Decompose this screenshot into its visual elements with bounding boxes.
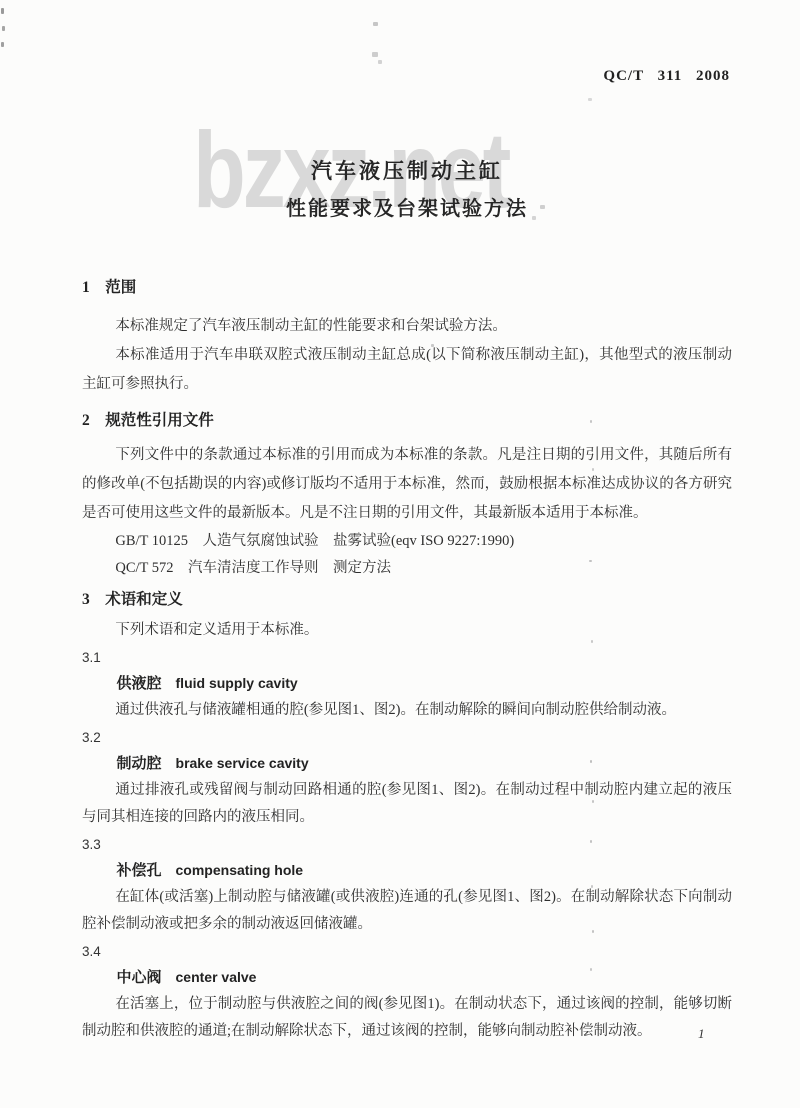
document-title-line1: 汽车液压制动主缸 [82, 156, 732, 186]
section-1-paragraph-1: 本标准规定了汽车液压制动主缸的性能要求和台架试验方法。 [82, 312, 732, 341]
term-definition: 通过供液孔与储液罐相通的腔(参见图1、图2)。在制动解除的瞬间向制动腔供给制动液… [82, 697, 732, 725]
section-2-heading: 2 规范性引用文件 [82, 411, 732, 431]
term-name-cn: 供液腔 [117, 676, 162, 692]
scan-speck [1, 8, 4, 14]
term-name: 供液腔fluid supply cavity [82, 670, 732, 697]
term-name-cn: 补偿孔 [117, 863, 162, 879]
term-name-en: fluid supply cavity [176, 675, 298, 691]
term-name-en: compensating hole [176, 862, 304, 878]
document-title-line2: 性能要求及台架试验方法 [82, 194, 732, 224]
section-3-intro: 下列术语和定义适用于本标准。 [82, 616, 732, 645]
term-number: 3.2 [82, 725, 732, 750]
term-definition: 通过排液孔或残留阀与制动回路相通的腔(参见图1、图2)。在制动过程中制动腔内建立… [82, 777, 732, 832]
document-content: 汽车液压制动主缸 性能要求及台架试验方法 1 范围 本标准规定了汽车液压制动主缸… [82, 0, 732, 1046]
scan-speck [1, 42, 4, 47]
term-definition: 在活塞上，位于制动腔与供液腔之间的阀(参见图1)。在制动状态下，通过该阀的控制，… [82, 991, 732, 1046]
page-number: 1 [698, 1026, 705, 1042]
section-3-heading: 3 术语和定义 [82, 590, 732, 610]
term-name-en: center valve [176, 969, 257, 985]
section-1-heading: 1 范围 [82, 278, 732, 298]
term-name-cn: 中心阀 [117, 970, 162, 986]
term-definition: 在缸体(或活塞)上制动腔与储液罐(或供液腔)连通的孔(参见图1、图2)。在制动解… [82, 884, 732, 939]
standard-code: QC/T 311 2008 [603, 68, 730, 85]
term-name-cn: 制动腔 [117, 756, 162, 772]
term-name-en: brake service cavity [176, 755, 309, 771]
section-2-paragraph-1: 下列文件中的条款通过本标准的引用而成为本标准的条款。凡是注日期的引用文件，其随后… [82, 441, 732, 528]
term-name: 制动腔brake service cavity [82, 750, 732, 777]
term-number: 3.3 [82, 832, 732, 857]
term-name: 中心阀center valve [82, 964, 732, 991]
section-1-paragraph-2: 本标准适用于汽车串联双腔式液压制动主缸总成(以下简称液压制动主缸)，其他型式的液… [82, 341, 732, 399]
reference-item-2: QC/T 572 汽车清洁度工作导则 测定方法 [82, 555, 732, 582]
document-page: bzxz.net QC/T 311 2008 汽车液压制动主缸 性能要求及台架试… [0, 0, 800, 1108]
reference-item-1: GB/T 10125 人造气氛腐蚀试验 盐雾试验(eqv ISO 9227:19… [82, 528, 732, 555]
scan-speck [2, 26, 5, 31]
term-number: 3.1 [82, 645, 732, 670]
term-name: 补偿孔compensating hole [82, 857, 732, 884]
term-number: 3.4 [82, 939, 732, 964]
